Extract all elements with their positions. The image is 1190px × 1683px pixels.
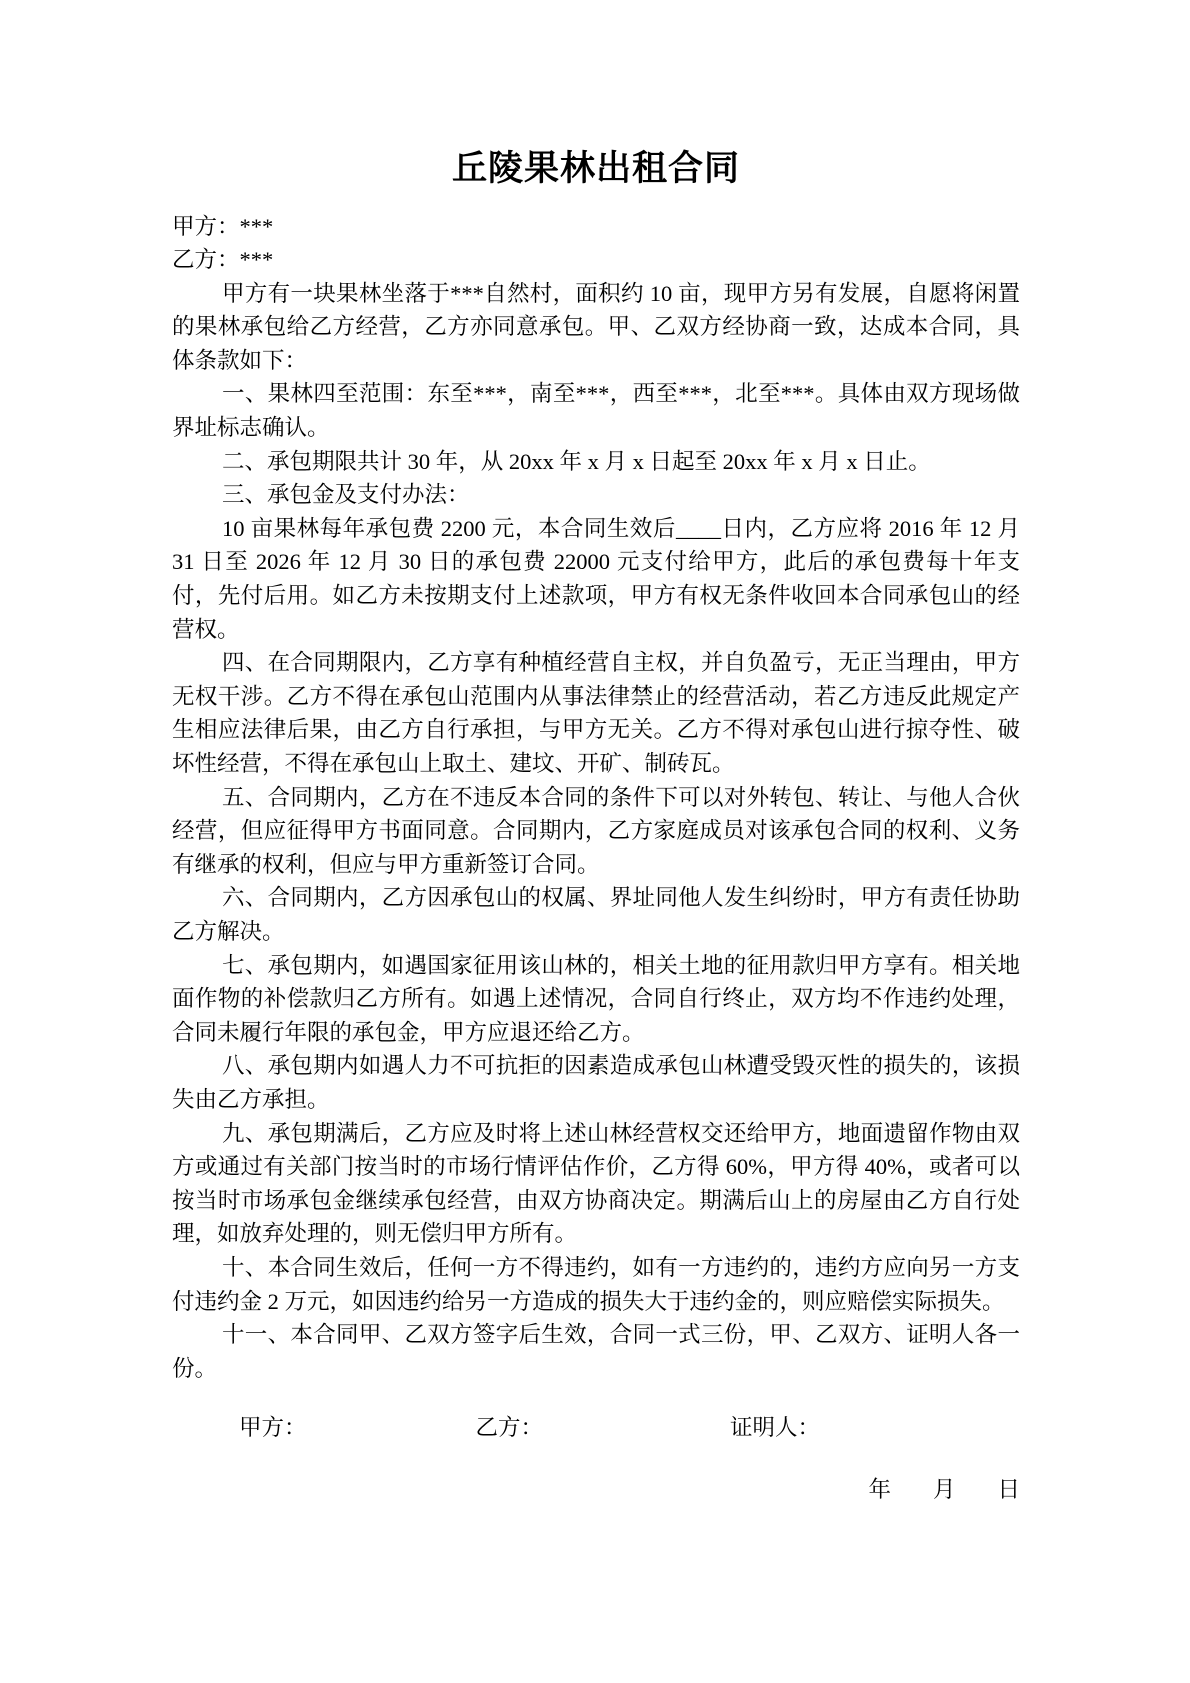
document-title: 丘陵果林出租合同: [172, 146, 1020, 192]
document-body: 甲方：*** 乙方：*** 甲方有一块果林坐落于***自然村，面积约 10 亩，…: [172, 210, 1020, 1386]
party-b-line: 乙方：***: [172, 243, 1020, 277]
clause-11: 十一、本合同甲、乙双方签字后生效，合同一式三份，甲、乙双方、证明人各一份。: [172, 1318, 1020, 1385]
signature-row: 甲方：乙方：证明人：: [172, 1411, 1020, 1445]
signature-witness-label: 证明人：: [730, 1415, 820, 1440]
signature-party-b-label: 乙方：: [476, 1415, 544, 1440]
document-title-part2: 果林出租合同: [524, 149, 740, 188]
intro-paragraph: 甲方有一块果林坐落于***自然村，面积约 10 亩，现甲方另有发展，自愿将闲置的…: [172, 277, 1020, 378]
clause-3-body: 10 亩果林每年承包费 2200 元，本合同生效后____日内，乙方应将 201…: [172, 512, 1020, 646]
signature-party-a-label: 甲方：: [239, 1415, 307, 1440]
contract-page: 丘陵果林出租合同 甲方：*** 乙方：*** 甲方有一块果林坐落于***自然村，…: [0, 0, 1190, 1683]
clause-10: 十、本合同生效后，任何一方不得违约，如有一方违约的，违约方应向另一方支付违约金 …: [172, 1251, 1020, 1318]
clause-8: 八、承包期内如遇人力不可抗拒的因素造成承包山林遭受毁灭性的损失的，该损失由乙方承…: [172, 1049, 1020, 1116]
clause-2: 二、承包期限共计 30 年，从 20xx 年 x 月 x 日起至 20xx 年 …: [172, 445, 1020, 479]
clause-5: 五、合同期内，乙方在不违反本合同的条件下可以对外转包、转让、与他人合伙经营，但应…: [172, 781, 1020, 882]
date-day-label: 日: [997, 1477, 1020, 1502]
clause-1: 一、果林四至范围：东至***，南至***，西至***，北至***。具体由双方现场…: [172, 377, 1020, 444]
date-month-label: 月: [933, 1477, 956, 1502]
clause-9: 九、承包期满后，乙方应及时将上述山林经营权交还给甲方，地面遗留作物由双方或通过有…: [172, 1117, 1020, 1251]
clause-3-heading: 三、承包金及支付办法：: [172, 478, 1020, 512]
date-line: 年月日: [172, 1473, 1020, 1507]
clause-7: 七、承包期内，如遇国家征用该山林的，相关土地的征用款归甲方享有。相关地面作物的补…: [172, 949, 1020, 1050]
clause-6: 六、合同期内，乙方因承包山的权属、界址同他人发生纠纷时，甲方有责任协助乙方解决。: [172, 881, 1020, 948]
date-year-label: 年: [868, 1477, 891, 1502]
party-a-line: 甲方：***: [172, 210, 1020, 244]
document-title-part1: 丘陵: [452, 149, 524, 188]
clause-4: 四、在合同期限内，乙方享有种植经营自主权，并自负盈亏，无正当理由，甲方无权干涉。…: [172, 646, 1020, 780]
